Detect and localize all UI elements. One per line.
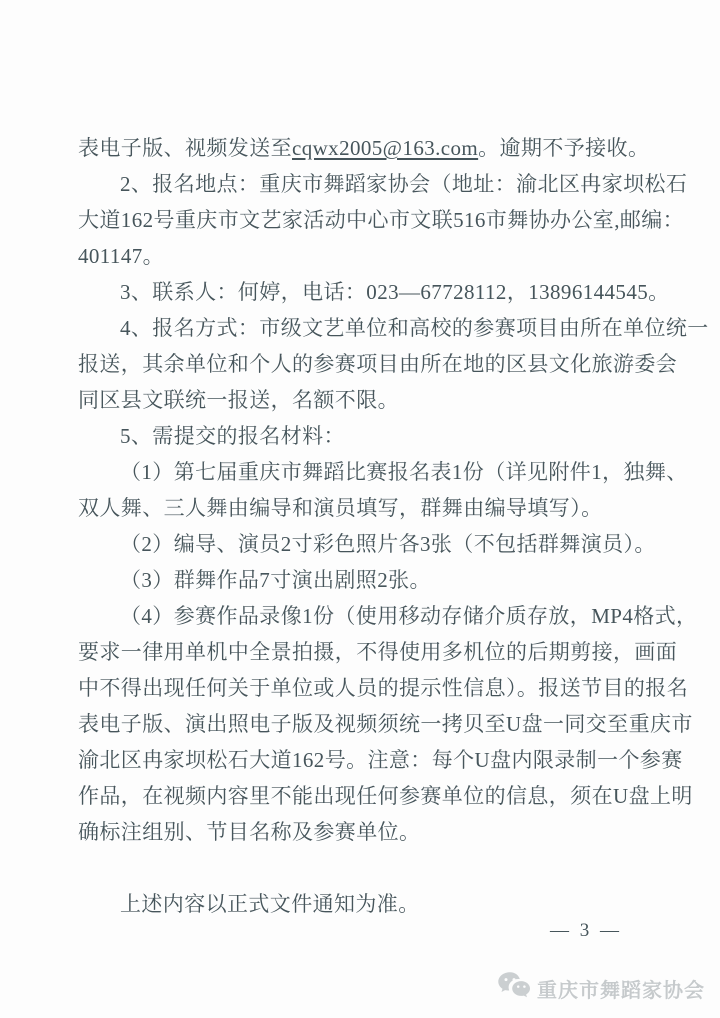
text-line: （4）参赛作品录像1份（使用移动存储介质存放，MP4格式， <box>78 598 648 634</box>
text-line: 渝北区冉家坝松石大道162号。注意：每个U盘内限录制一个参赛 <box>78 742 648 778</box>
text-segment: 表电子版、演出照电子版及视频须统一拷贝至U盘一同交至重庆市 <box>78 712 693 736</box>
text-segment: （1）第七届重庆市舞蹈比赛报名表1份（详见附件1，独舞、 <box>120 460 688 484</box>
text-line: 表电子版、视频发送至cqwx2005@163.com。逾期不予接收。 <box>78 130 648 166</box>
text-line: （1）第七届重庆市舞蹈比赛报名表1份（详见附件1，独舞、 <box>78 454 648 490</box>
text-line: 报送，其余单位和个人的参赛项目由所在地的区县文化旅游委会 <box>78 346 648 382</box>
text-segment: 。逾期不予接收。 <box>478 136 649 160</box>
text-segment: （3）群舞作品7寸演出剧照2张。 <box>120 568 431 592</box>
text-segment: 双人舞、三人舞由编导和演员填写，群舞由编导填写）。 <box>78 496 603 520</box>
text-segment: 3、联系人：何婷，电话：023—67728112，13896144545。 <box>120 280 670 304</box>
text-segment: 4、报名方式：市级文艺单位和高校的参赛项目由所在单位统一 <box>120 316 709 340</box>
text-segment: 要求一律用单机中全景拍摄，不得使用多机位的后期剪接，画面 <box>78 640 677 664</box>
closing-line: 上述内容以正式文件通知为准。 <box>78 886 648 922</box>
text-segment: （2）编导、演员2寸彩色照片各3张（不包括群舞演员）。 <box>120 532 656 556</box>
text-segment: 中不得出现任何关于单位或人员的提示性信息）。报送节目的报名 <box>78 676 688 700</box>
text-line: 双人舞、三人舞由编导和演员填写，群舞由编导填写）。 <box>78 490 648 526</box>
wechat-icon <box>497 971 531 1005</box>
text-segment: 渝北区冉家坝松石大道162号。注意：每个U盘内限录制一个参赛 <box>78 748 683 772</box>
document-page: 表电子版、视频发送至cqwx2005@163.com。逾期不予接收。2、报名地点… <box>0 0 720 1018</box>
text-line: 同区县文联统一报送，名额不限。 <box>78 382 648 418</box>
text-line: 作品，在视频内容里不能出现任何参赛单位的信息，须在U盘上明 <box>78 778 648 814</box>
text-line: 401147。 <box>78 238 648 274</box>
text-line: （3）群舞作品7寸演出剧照2张。 <box>78 562 648 598</box>
text-segment: 作品，在视频内容里不能出现任何参赛单位的信息，须在U盘上明 <box>78 784 693 808</box>
text-line: 要求一律用单机中全景拍摄，不得使用多机位的后期剪接，画面 <box>78 634 648 670</box>
text-segment: 确标注组别、节目名称及参赛单位。 <box>78 820 420 844</box>
text-line: 表电子版、演出照电子版及视频须统一拷贝至U盘一同交至重庆市 <box>78 706 648 742</box>
text-segment: 2、报名地点：重庆市舞蹈家协会（地址：渝北区冉家坝松石 <box>120 172 687 196</box>
text-segment: 大道162号重庆市文艺家活动中心市文联516市舞协办公室,邮编： <box>78 208 684 232</box>
footer-brand: 重庆市舞蹈家协会 <box>497 971 705 1005</box>
text-line: 4、报名方式：市级文艺单位和高校的参赛项目由所在单位统一 <box>78 310 648 346</box>
text-segment: 5、需提交的报名材料： <box>120 424 345 448</box>
text-segment: 表电子版、视频发送至 <box>78 136 292 160</box>
text-line: 确标注组别、节目名称及参赛单位。 <box>78 814 648 850</box>
text-line: 5、需提交的报名材料： <box>78 418 648 454</box>
text-lines: 表电子版、视频发送至cqwx2005@163.com。逾期不予接收。2、报名地点… <box>78 130 648 850</box>
page-number: — 3 — <box>78 920 648 942</box>
text-segment: 401147。 <box>78 244 164 268</box>
text-line: 中不得出现任何关于单位或人员的提示性信息）。报送节目的报名 <box>78 670 648 706</box>
footer-brand-text: 重庆市舞蹈家协会 <box>537 974 705 1003</box>
text-segment: 同区县文联统一报送，名额不限。 <box>78 388 399 412</box>
text-line: 3、联系人：何婷，电话：023—67728112，13896144545。 <box>78 274 648 310</box>
email-text: cqwx2005@163.com <box>292 136 478 160</box>
text-line: 2、报名地点：重庆市舞蹈家协会（地址：渝北区冉家坝松石 <box>78 166 648 202</box>
text-segment: （4）参赛作品录像1份（使用移动存储介质存放，MP4格式， <box>120 604 697 628</box>
document-body: 表电子版、视频发送至cqwx2005@163.com。逾期不予接收。2、报名地点… <box>78 130 648 942</box>
text-line: 大道162号重庆市文艺家活动中心市文联516市舞协办公室,邮编： <box>78 202 648 238</box>
text-line: （2）编导、演员2寸彩色照片各3张（不包括群舞演员）。 <box>78 526 648 562</box>
text-segment: 报送，其余单位和个人的参赛项目由所在地的区县文化旅游委会 <box>78 352 677 376</box>
